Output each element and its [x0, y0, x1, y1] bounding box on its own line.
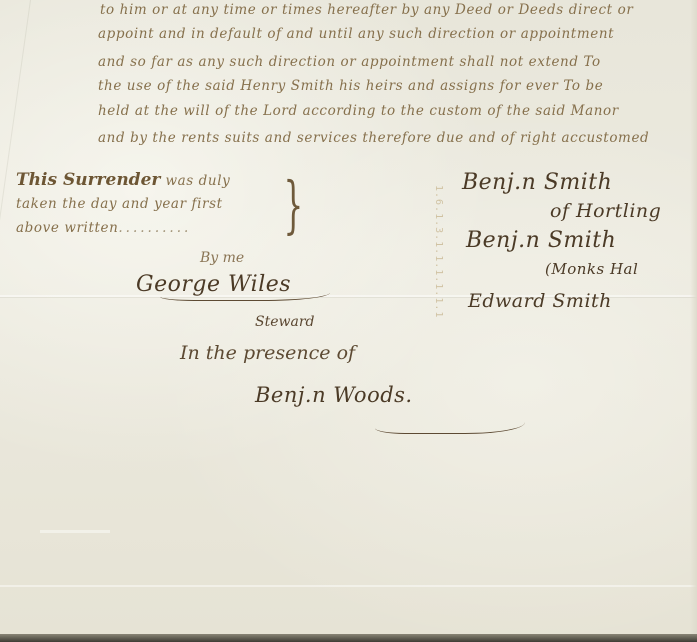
body-line-6: and by the rents suits and services ther… — [98, 130, 649, 146]
steward-title: Steward — [255, 314, 315, 330]
body-line-2: appoint and in default of and until any … — [98, 26, 614, 42]
attestation-text: was duly — [165, 173, 230, 189]
body-line-1: to him or at any time or times hereafter… — [100, 2, 633, 18]
dotted-leader: .......... — [118, 220, 191, 236]
surrender-heading: This Surrender — [16, 170, 160, 190]
witness-signature: Benj.n Woods. — [255, 383, 413, 407]
body-line-3: and so far as any such direction or appo… — [98, 54, 601, 70]
fold-crease — [0, 0, 31, 628]
body-line-5: held at the will of the Lord according t… — [98, 103, 619, 119]
fold-crease — [40, 530, 110, 533]
attestation-line-2: taken the day and year first — [16, 196, 223, 212]
attestation-line-1: This Surrender was duly — [16, 170, 230, 190]
attestation-text: above written — [16, 220, 118, 236]
fold-crease — [0, 585, 697, 587]
by-me-label: By me — [200, 250, 244, 266]
signatory-2-name: Benj.n Smith — [466, 228, 616, 253]
signatory-1-name: Benj.n Smith — [462, 170, 612, 195]
bottom-scan-edge — [0, 634, 697, 642]
signatory-2-note: (Monks Hal — [545, 260, 638, 278]
faint-stamp: 1.6.1.3.1.1.1.1.1.1 — [428, 185, 444, 291]
witness-label: In the presence of — [180, 342, 355, 364]
signature-flourish — [160, 280, 330, 301]
attestation-line-3: above written.......... — [16, 220, 191, 236]
signature-flourish — [375, 405, 525, 434]
signatory-1-note: of Hortling — [550, 200, 661, 222]
document-page: to him or at any time or times hereafter… — [0, 0, 697, 634]
brace-bracket: } — [284, 165, 289, 245]
body-line-4: the use of the said Henry Smith his heir… — [98, 78, 603, 94]
right-paper-edge — [690, 0, 697, 634]
signatory-3-name: Edward Smith — [468, 290, 612, 312]
